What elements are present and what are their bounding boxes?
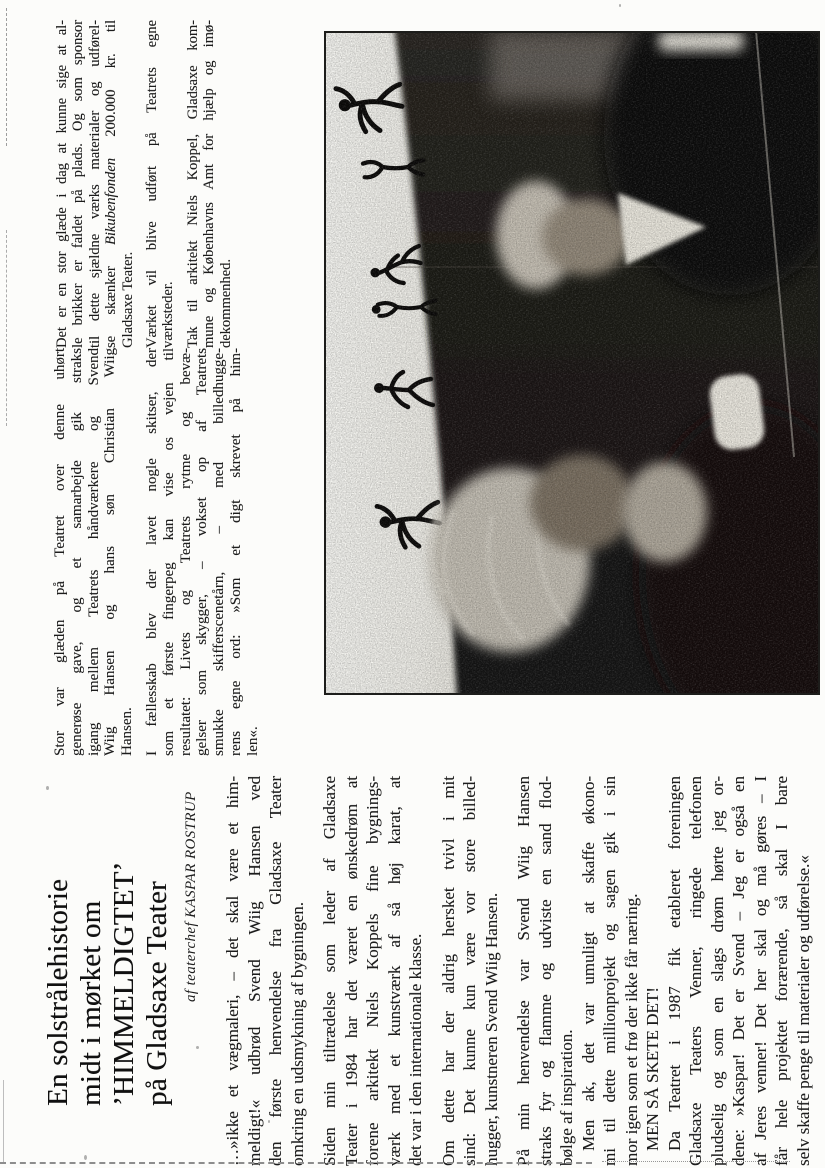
column-line: som et første fingerpeg kan vise os veje… [161, 348, 178, 756]
article-line: af Jeres venner! Det her skal og må gøre… [750, 776, 772, 1166]
column-line-text: 200.000 kr. til [103, 20, 119, 158]
photo-halftone-image [324, 31, 820, 695]
column-line: Stor var glæden på Teatret over denne uh… [52, 348, 69, 756]
article-line: Da Teatret i 1987 fik etableret forening… [664, 776, 686, 1166]
article-line: mor igen som et frø der ikke får næring. [621, 776, 643, 1166]
column-line: Det er en stor glæde i dag at kunne sige… [54, 20, 70, 348]
article-line: bølge af inspiration. [556, 776, 578, 1166]
column-line: gelser som skygger, – vokset op af Teatr… [194, 348, 211, 756]
article-line: Om dette har der aldrig hersket tvivl i … [438, 776, 460, 1166]
middle-column: Stor var glæden på Teatret over denne uh… [52, 348, 262, 756]
headline-line-2: midt i mørket om [75, 761, 108, 1106]
headline-line-3: ’HIMMELDIGTET’ [108, 761, 141, 1106]
article-line: værk med et kunstværk af så høj karat, a… [384, 776, 406, 1166]
column-line: le brikker er faldet på plads. Og som sp… [70, 20, 86, 348]
article-line: mi til dette millionprojekt og sagen gik… [599, 776, 621, 1166]
article-line: dene: »Kaspar! Det er Svend – Jeg er ogs… [728, 776, 750, 1166]
article-line: På min henvendelse var Svend Wiig Hansen [513, 776, 535, 1166]
article-line: sind: Det kunne kun være vor store bille… [459, 776, 481, 1166]
article-line: MEN SÅ SKETE DET! [642, 776, 664, 1166]
column-line: Værket vil blive udført på Teatrets egne [144, 20, 160, 348]
column-line: værksteder. [160, 20, 176, 348]
column-line: rens egne ord: »Som et digt skrevet på h… [228, 348, 245, 756]
article-line: får hele projektet forærende, så skal I … [771, 776, 793, 1166]
article-line: meldigt!« udbrød Svend Wiig Hansen ved [244, 776, 266, 1166]
column-line: Wiig Hansen og hans søn Christian Wiig [102, 348, 119, 756]
article-line: hugger, kunstneren Svend Wiig Hansen. [481, 776, 503, 1166]
article-line: Teater i 1984 har det været en ønskedrøm… [341, 776, 363, 1166]
article-line: …»ikke et vægmaleri, – det skal være et … [222, 776, 244, 1166]
column-line-text: se skænker [103, 245, 119, 348]
photo-grain-light [324, 31, 820, 695]
headline-line-1: En solstrålehistorie [42, 761, 75, 1106]
column-line: igang mellem Teatrets håndværkere og Sve… [86, 348, 103, 756]
article-line: pludselig og som en slags drøm hørte jeg… [707, 776, 729, 1166]
column-line: til dette sjældne værks materialer og ud… [87, 20, 103, 348]
article-line: Siden min tiltrædelse som leder af Glads… [319, 776, 341, 1166]
rotated-article-page: En solstrålehistorie midt i mørket om ’H… [0, 0, 825, 1168]
column-line: len«. [245, 348, 262, 756]
article-body-column: …»ikke et vægmaleri, – det skal være et … [222, 776, 814, 1166]
photo-two-men-with-sculpture-silhouettes [324, 31, 820, 695]
article-line: Men ak, det var umuligt at skaffe økono- [578, 776, 600, 1166]
article-line: selv skaffe penge til materialer og udfø… [793, 776, 815, 1166]
column-line: Gladsaxe Teater. [120, 20, 136, 348]
article-line: det var i den internationale klasse. [405, 776, 427, 1166]
column-line: Hansen. [119, 348, 136, 756]
article-line: den første henvendelse fra Gladsaxe Teat… [265, 776, 287, 1166]
right-column: Det er en stor glæde i dag at kunne sige… [54, 20, 234, 348]
column-line: I fællesskab blev der lavet nogle skitse… [144, 348, 161, 756]
column-line: dekommenhed. [218, 20, 234, 348]
column-line: mune og Københavns Amt for hjælp og imø- [201, 20, 217, 348]
headline-block: En solstrålehistorie midt i mørket om ’H… [42, 761, 200, 1106]
sponsor-name-italic: Bikubenfonden [103, 158, 119, 245]
article-line: Gladsaxe Teaters Venner, ringede telefon… [685, 776, 707, 1166]
column-line: smukke skifferscenetårn, – med billedhug… [211, 348, 228, 756]
column-line-with-italic: se skænker Bikubenfonden 200.000 kr. til [103, 20, 119, 348]
article-line: straks fyr og flamme og udviste en sand … [535, 776, 557, 1166]
column-line: Tak til arkitekt Niels Koppel, Gladsaxe … [185, 20, 201, 348]
article-line: omkring en udsmykning af bygningen. [287, 776, 309, 1166]
column-line: generøse gave, og et samarbejde gik stra… [69, 348, 86, 756]
byline: af teaterchef KASPAR ROSTRUP [183, 761, 200, 1002]
scanned-newspaper-clipping: En solstrålehistorie midt i mørket om ’H… [0, 0, 825, 1168]
headline-line-4: på Gladsaxe Teater [141, 761, 174, 1106]
article-line: forene arkitekt Niels Koppels fine bygni… [362, 776, 384, 1166]
column-line: resultatet: Livets og Teatrets rytme og … [178, 348, 195, 756]
